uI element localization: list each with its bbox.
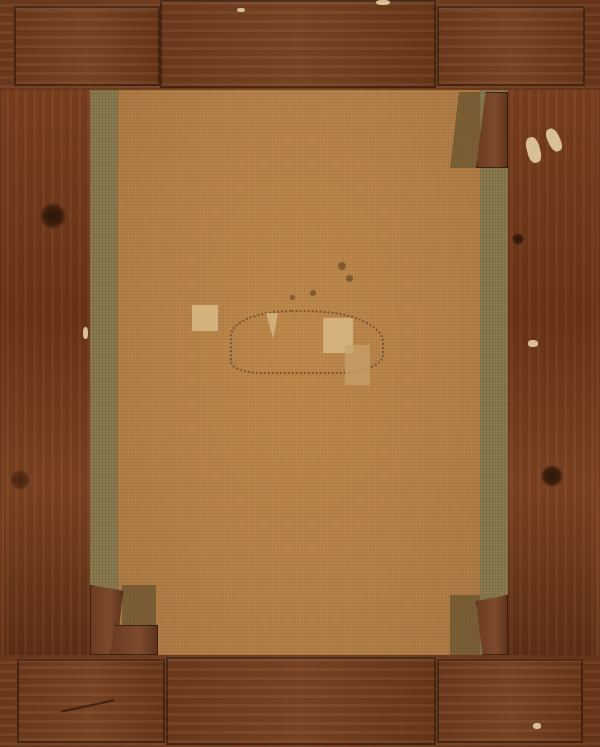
paint-scuff xyxy=(528,340,538,347)
canvas-tacking-margin-right xyxy=(480,90,508,655)
canvas-stain xyxy=(290,295,295,300)
top-rail-panel-left xyxy=(14,6,160,86)
knot xyxy=(40,203,66,229)
top-rail-panel-right xyxy=(437,6,585,86)
canvas-stain xyxy=(338,262,346,270)
paint-scuff xyxy=(237,8,245,12)
canvas-stain xyxy=(310,290,316,296)
top-rail-panel-center xyxy=(160,0,436,88)
canvas-patch xyxy=(192,305,218,331)
bottom-rail-panel-right xyxy=(437,659,583,743)
canvas-tacking-margin-left xyxy=(90,90,118,655)
canvas-stain xyxy=(346,275,353,282)
knot xyxy=(541,465,563,487)
left-stile xyxy=(4,88,90,656)
key-shadow-bottom-right xyxy=(450,595,480,655)
right-stile xyxy=(508,88,596,656)
corner-key-bottom-left-horizontal xyxy=(110,625,158,655)
paint-scuff xyxy=(533,723,541,729)
canvas-patch xyxy=(345,345,370,385)
bottom-rail-panel-left xyxy=(17,659,165,743)
bottom-rail-panel-center xyxy=(166,657,436,745)
paint-scuff xyxy=(83,327,88,339)
paint-scuff xyxy=(376,0,390,5)
knot xyxy=(10,470,30,490)
painting-back: Reverse of canvas on wooden stretcher xyxy=(0,0,600,747)
knot xyxy=(512,233,524,245)
